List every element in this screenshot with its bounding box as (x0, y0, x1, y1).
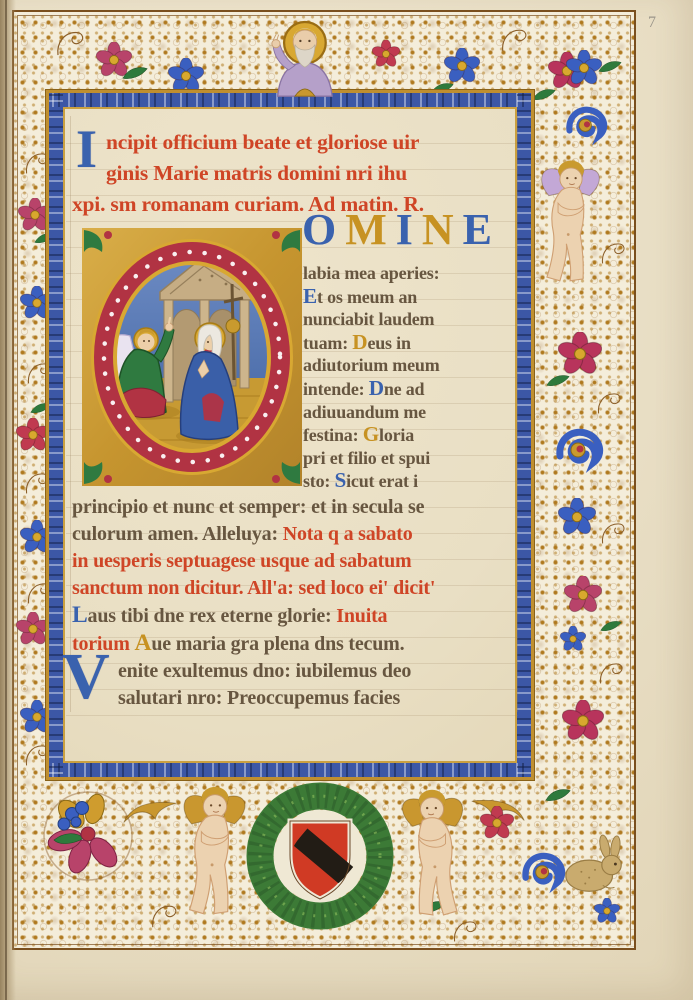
text-segment: intende: (303, 379, 369, 399)
text-line: principio et nunc et semper: et in secul… (72, 494, 435, 521)
text-segment: labia mea aperies: (303, 263, 439, 283)
blue-acanthus-whorl-icon (566, 106, 608, 148)
versicle-initial: E (303, 284, 317, 308)
ruled-margin-line (517, 116, 518, 712)
blue-flower-icon (558, 498, 596, 536)
versicle-initial: D (352, 330, 367, 354)
display-word-omine: OMINE (302, 208, 501, 252)
red-flower-icon (372, 40, 400, 68)
crimson-lily-icon (558, 332, 602, 376)
text-segment: enite exultemus dno: iubilemus deo (118, 660, 411, 682)
initial-d-annunciation-miniature (82, 228, 302, 486)
text-segment: aus tibi dne rex eterne glorie: (88, 605, 337, 627)
text-segment: festina: (303, 425, 363, 445)
red-flower-icon (16, 612, 50, 646)
text-line: Laus tibi dne rex eterne glorie: Inuita (72, 602, 435, 630)
manuscript-page: 7 (0, 0, 693, 1000)
meander-pattern (49, 93, 63, 777)
vine-curl-icon (150, 902, 178, 930)
text-line: festina: Gloria (303, 423, 440, 447)
rubric-line: ginis Marie matris domini nri ihu (72, 158, 424, 189)
text-segment: adiuuandum me (303, 402, 426, 422)
display-letter: N (422, 205, 463, 254)
leaf-icon (546, 374, 570, 387)
text-segment: salutari nro: Preoccupemus facies (118, 687, 400, 709)
red-flower-icon (480, 806, 514, 840)
text-segment: in uesperis septuagese usque ad sabatum (72, 550, 412, 572)
office-column-text: labia mea aperies: Et os meum an nunciab… (303, 262, 440, 493)
text-line: intende: Dne ad (303, 377, 440, 401)
versicle-initial: S (335, 468, 347, 492)
text-line: tuam: Deus in (303, 331, 440, 355)
page-gutter-shadow (0, 0, 16, 1000)
putto-right-border (534, 148, 608, 310)
laurel-wreath-coat-of-arms (238, 770, 402, 942)
text-segment: nunciabit laudem (303, 309, 434, 329)
acanthus-whorl-icon (556, 428, 604, 476)
blue-flower-icon (594, 898, 620, 924)
text-segment: t os meum an (317, 287, 417, 307)
text-segment: sto: (303, 471, 335, 491)
text-line: in uesperis septuagese usque ad sabatum (72, 548, 435, 575)
versicle-initial: D (369, 376, 384, 400)
blue-flower-icon (168, 58, 204, 94)
versicle-initial: A (134, 630, 151, 656)
text-line: sto: Sicut erat i (303, 469, 440, 493)
vine-curl-icon (600, 520, 626, 546)
text-segment: icut erat i (346, 471, 418, 491)
text-segment: culorum amen. Alleluya: (72, 523, 283, 545)
blue-berries-icon (560, 626, 586, 652)
big-initial-v: V (62, 644, 110, 710)
rubric-line: ncipit officium beate et gloriose uir (72, 127, 424, 158)
text-line: Et os meum an (303, 285, 440, 309)
meander-pattern (517, 93, 531, 777)
red-flower-icon (16, 418, 50, 452)
page-edge-line (5, 0, 7, 1000)
text-line: adiuuandum me (303, 401, 440, 424)
display-letter: M (345, 205, 396, 254)
blue-flower-icon (444, 48, 480, 84)
leaf-icon (545, 788, 571, 802)
leaf-icon (532, 88, 556, 101)
leaf-icon (600, 620, 622, 632)
putto-bottom-right (392, 784, 472, 938)
text-segment: Inuita (336, 605, 387, 627)
display-letter: I (396, 205, 422, 254)
grand-flower-medallion (40, 786, 136, 886)
crimson-flower-icon (562, 700, 604, 742)
vine-curl-icon (500, 26, 528, 54)
text-segment: pri et filio et spui (303, 448, 430, 468)
god-the-father-blessing (240, 12, 368, 98)
text-segment: tuam: (303, 333, 352, 353)
text-line: culorum amen. Alleluya: Nota q a sabato (72, 521, 435, 548)
text-segment: eus in (367, 333, 410, 353)
blue-flower-icon (566, 50, 602, 86)
leaf-icon (122, 66, 148, 80)
office-body-text: principio et nunc et semper: et in secul… (72, 494, 435, 712)
text-segment: principio et nunc et semper: et in secul… (72, 496, 424, 518)
text-line: sanctum non dicitur. All'a: sed loco ei'… (72, 575, 435, 602)
text-segment: adiutorium meum (303, 355, 440, 375)
rabbit-icon (560, 834, 630, 896)
text-segment: ne ad (384, 379, 425, 399)
text-segment: sanctum non dicitur. All'a: sed loco ei'… (72, 577, 435, 599)
text-line: adiutorium meum (303, 354, 440, 377)
text-segment: Nota q a sabato (283, 523, 413, 545)
vine-curl-icon (55, 28, 85, 58)
vine-curl-icon (598, 660, 624, 686)
folio-number: 7 (648, 14, 656, 32)
display-letter: O (302, 205, 345, 254)
text-line: torium Aue maria gra plena dns tecum. (72, 630, 435, 658)
display-letter: E (463, 205, 501, 254)
versicle-initial: L (72, 602, 88, 628)
vine-curl-icon (596, 390, 622, 416)
text-line: pri et filio et spui (303, 447, 440, 470)
versicle-initial: G (363, 422, 379, 446)
text-line: enite exultemus dno: iubilemus deo (72, 658, 435, 685)
text-line: nunciabit laudem (303, 308, 440, 331)
ruled-margin-line (70, 116, 71, 712)
text-line: salutari nro: Preoccupemus facies (72, 685, 435, 712)
pink-flower-icon (564, 576, 602, 614)
text-segment: ue maria gra plena dns tecum. (151, 633, 404, 655)
text-line: labia mea aperies: (303, 262, 440, 285)
text-segment: loria (379, 425, 414, 445)
